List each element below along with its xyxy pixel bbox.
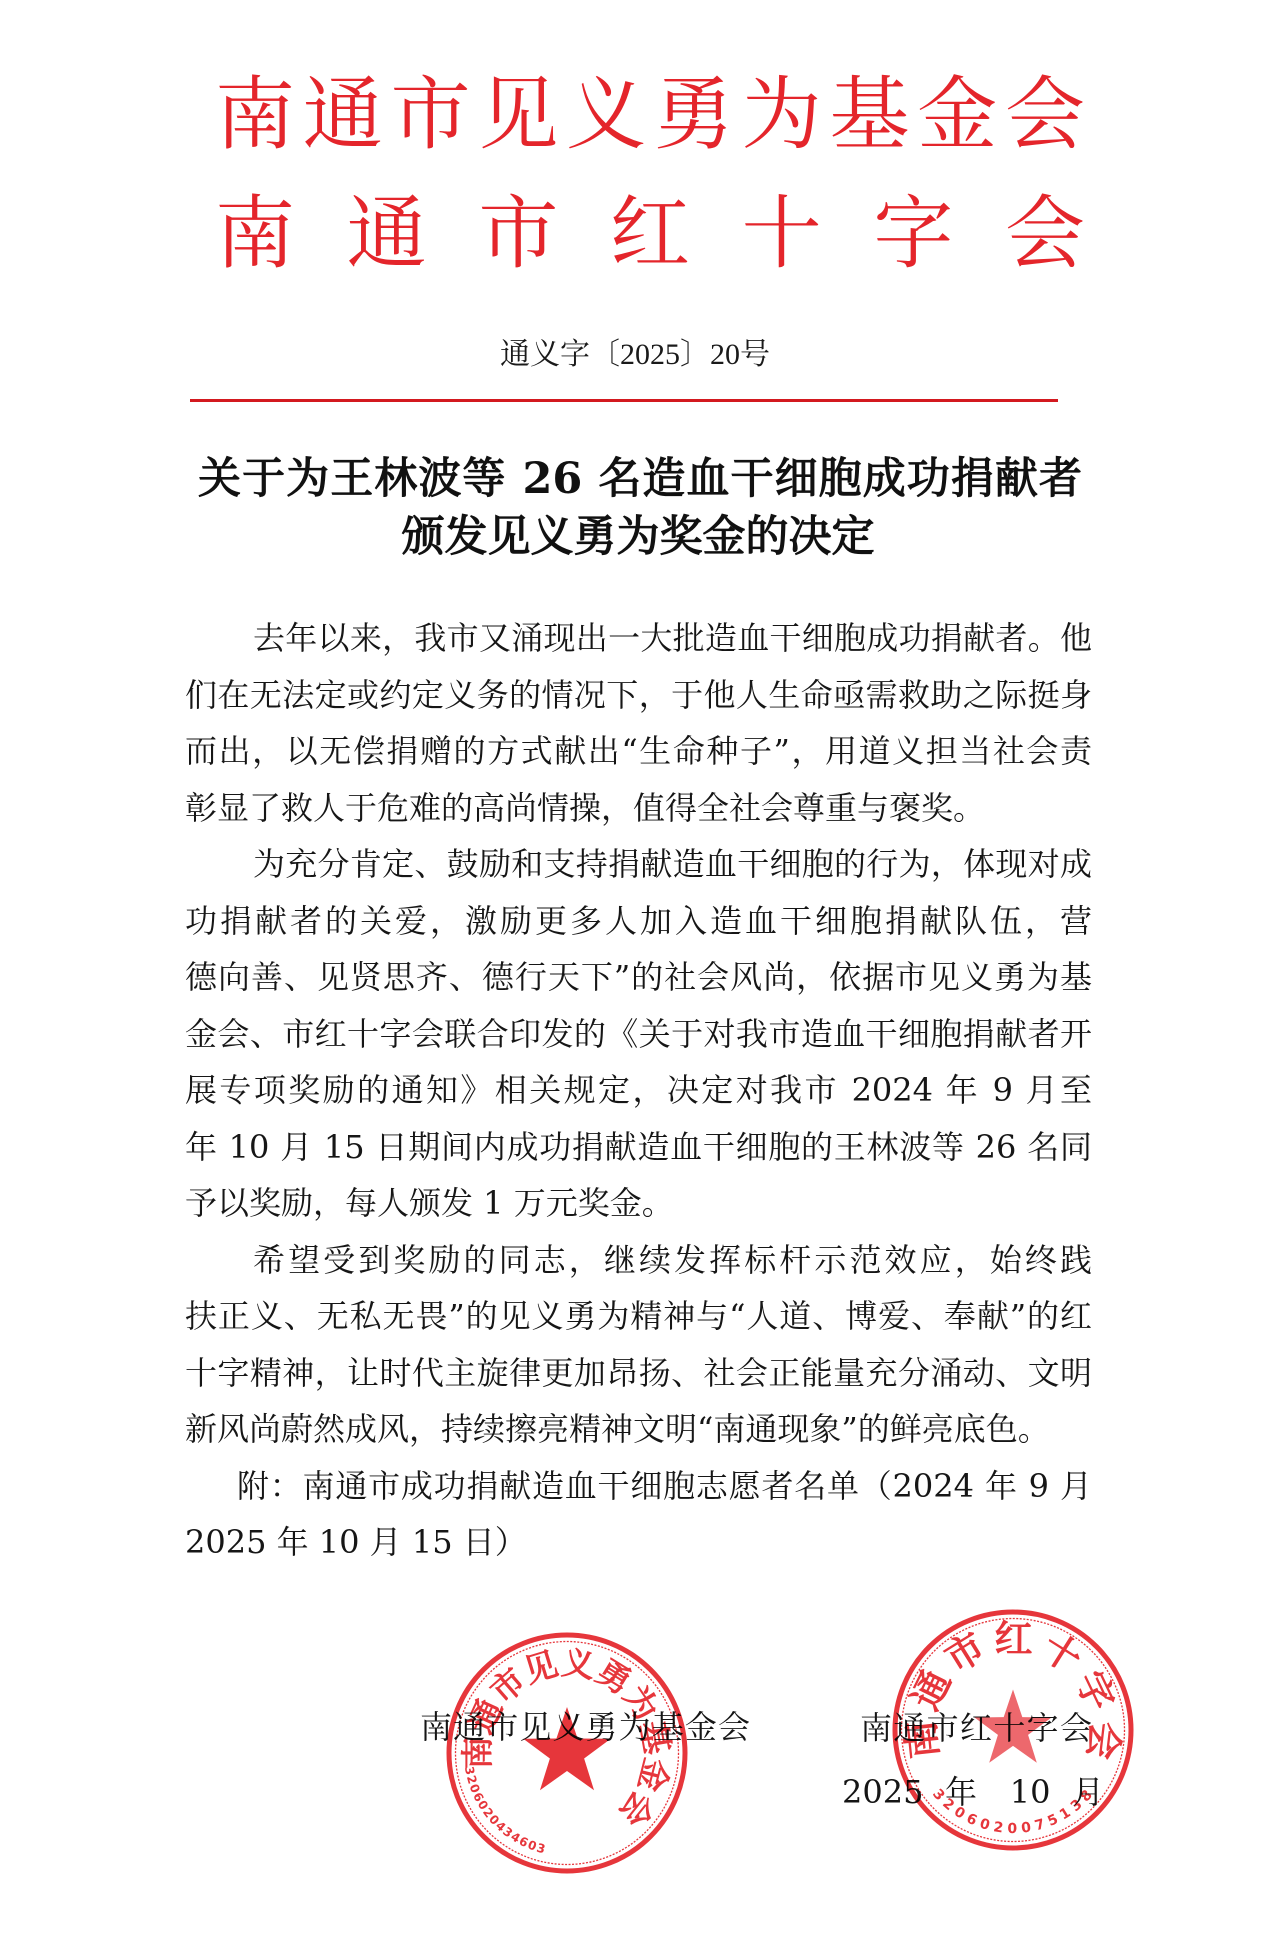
text-line: 附：南通市成功捐献造血干细胞志愿者名单（2024 年 9 月—: [185, 1458, 1092, 1515]
text-line: 去年以来，我市又涌现出一大批造血干细胞成功捐献者。他: [185, 610, 1092, 667]
text-line: 十字精神，让时代主旋律更加昂扬、社会正能量充分涌动、文明: [185, 1345, 1092, 1402]
official-seal-icon: 南通市见义勇为基金会 3206020434603: [437, 1623, 697, 1883]
paragraph-1: 去年以来，我市又涌现出一大批造血干细胞成功捐献者。他 们在无法定或约定义务的情况…: [185, 610, 1092, 836]
red-divider-rule: [190, 399, 1058, 402]
seal-code-text-path: 3206020434603: [462, 1765, 547, 1856]
letterhead-org-1: 南通市见义勇为基金会: [215, 73, 1085, 157]
text-line: 扶正义、无私无畏”的见义勇为精神与“人道、博爱、奉献”的红: [185, 1288, 1092, 1345]
text-line: 新风尚蔚然成风，持续擦亮精神文明“南通现象”的鲜亮底色。: [185, 1401, 1092, 1458]
text-line: 年 10 月 15 日期间内成功捐献造血干细胞的王林波等 26 名同志: [185, 1119, 1092, 1176]
official-seal-icon: 南通市红十字会 3206020075138: [883, 1600, 1143, 1860]
text-line: 而出，以无偿捐赠的方式献出“生命种子”，用道义担当社会责任，: [185, 723, 1092, 780]
paragraph-3: 希望受到奖励的同志，继续发挥标杆示范效应，始终践行“匡 扶正义、无私无畏”的见义…: [185, 1232, 1092, 1458]
text-line: 希望受到奖励的同志，继续发挥标杆示范效应，始终践行“匡: [185, 1232, 1092, 1289]
text-line: 德向善、见贤思齐、德行天下”的社会风尚，依据市见义勇为基: [185, 949, 1092, 1006]
document-title-line-2: 颁发见义勇为奖金的决定: [0, 512, 1276, 562]
text-line: 展专项奖励的通知》相关规定，决定对我市 2024 年 9 月至 2025: [185, 1062, 1092, 1119]
document-title-line-1: 关于为王林波等 26 名造血干细胞成功捐献者: [198, 454, 1082, 504]
star-icon: [975, 1690, 1052, 1763]
letterhead-org-2: 南通市红十字会: [215, 192, 1085, 276]
text-line: 彰显了救人于危难的高尚情操，值得全社会尊重与褒奖。: [185, 780, 1092, 837]
text-line: 功捐献者的关爱，激励更多人加入造血干细胞捐献队伍，营造“崇: [185, 893, 1092, 950]
text-line: 2025 年 10 月 15 日）: [185, 1514, 1092, 1571]
text-line: 为充分肯定、鼓励和支持捐献造血干细胞的行为，体现对成: [185, 836, 1092, 893]
text-line: 们在无法定或约定义务的情况下，于他人生命亟需救助之际挺身: [185, 667, 1092, 724]
paragraph-2: 为充分肯定、鼓励和支持捐献造血干细胞的行为，体现对成 功捐献者的关爱，激励更多人…: [185, 836, 1092, 1232]
seal-code-text: 3206020434603: [462, 1765, 547, 1856]
attachment-note: 附：南通市成功捐献造血干细胞志愿者名单（2024 年 9 月— 2025 年 1…: [185, 1458, 1092, 1571]
star-icon: [523, 1707, 611, 1790]
document-body: 去年以来，我市又涌现出一大批造血干细胞成功捐献者。他 们在无法定或约定义务的情况…: [185, 610, 1092, 1571]
text-line: 予以奖励，每人颁发 1 万元奖金。: [185, 1175, 1092, 1232]
text-line: 金会、市红十字会联合印发的《关于对我市造血干细胞捐献者开: [185, 1006, 1092, 1063]
document-number: 通义字〔2025〕20号: [0, 337, 1270, 373]
